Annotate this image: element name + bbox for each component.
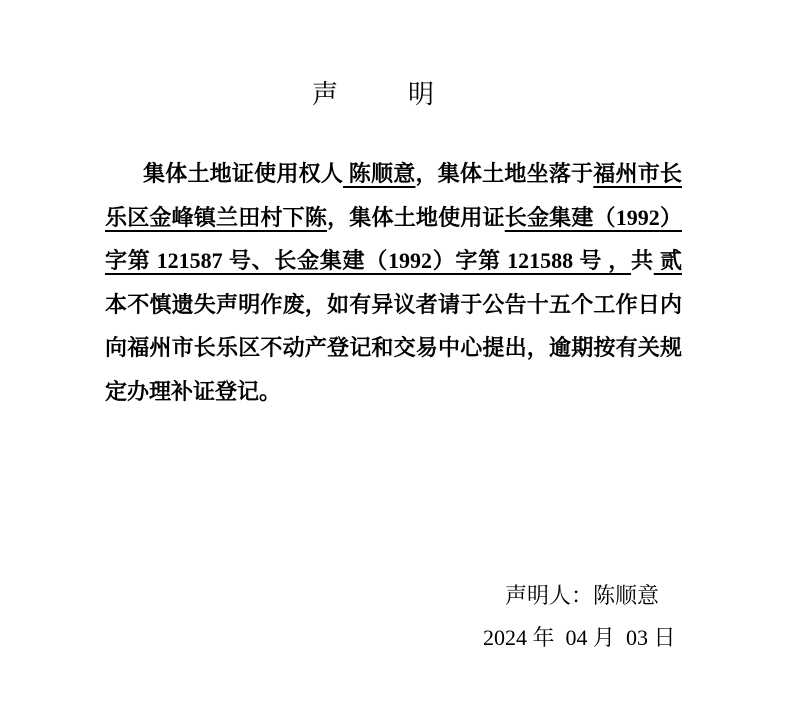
underlined-field: 乐区金峰镇兰田村下陈 <box>105 205 327 230</box>
body-text: 共 <box>631 248 654 273</box>
declaration-body: 集体土地证使用权人 陈顺意，集体土地坐落于福州市长乐区金峰镇兰田村下陈，集体土地… <box>105 152 682 413</box>
body-text: ，集体土地坐落于 <box>415 161 593 186</box>
signature-line: 声明人：陈顺意 <box>505 579 659 610</box>
body-line: 乐区金峰镇兰田村下陈，集体土地使用证长金集建（1992） <box>105 196 682 240</box>
underlined-field: 陈顺意 <box>343 161 415 186</box>
body-text: 本不慎遗失声明作废，如有异议者请于公告十五个工作日内 <box>105 292 682 317</box>
underlined-field: 贰 <box>654 248 682 273</box>
date-line: 2024 年 04 月 03 日 <box>483 621 676 652</box>
body-line: 字第 121587 号、长金集建（1992）字第 121588 号 ，共 贰 <box>105 239 682 283</box>
body-text: ，集体土地使用证 <box>327 205 505 230</box>
body-line: 集体土地证使用权人 陈顺意，集体土地坐落于福州市长 <box>105 152 682 196</box>
underlined-field: 长金集建（1992） <box>505 205 682 230</box>
document-page: 声 明 集体土地证使用权人 陈顺意，集体土地坐落于福州市长乐区金峰镇兰田村下陈，… <box>0 0 793 725</box>
body-text: 向福州市长乐区不动产登记和交易中心提出，逾期按有关规 <box>105 335 682 360</box>
body-line: 向福州市长乐区不动产登记和交易中心提出，逾期按有关规 <box>105 326 682 370</box>
body-text: 定办理补证登记。 <box>105 379 281 404</box>
document-title: 声 明 <box>0 74 752 111</box>
body-line: 本不慎遗失声明作废，如有异议者请于公告十五个工作日内 <box>105 283 682 327</box>
body-line: 定办理补证登记。 <box>105 370 682 414</box>
underlined-field: 福州市长 <box>593 161 682 186</box>
body-text: 集体土地证使用权人 <box>143 161 343 186</box>
underlined-field: 字第 121587 号、长金集建（1992）字第 121588 号 ， <box>105 248 631 273</box>
